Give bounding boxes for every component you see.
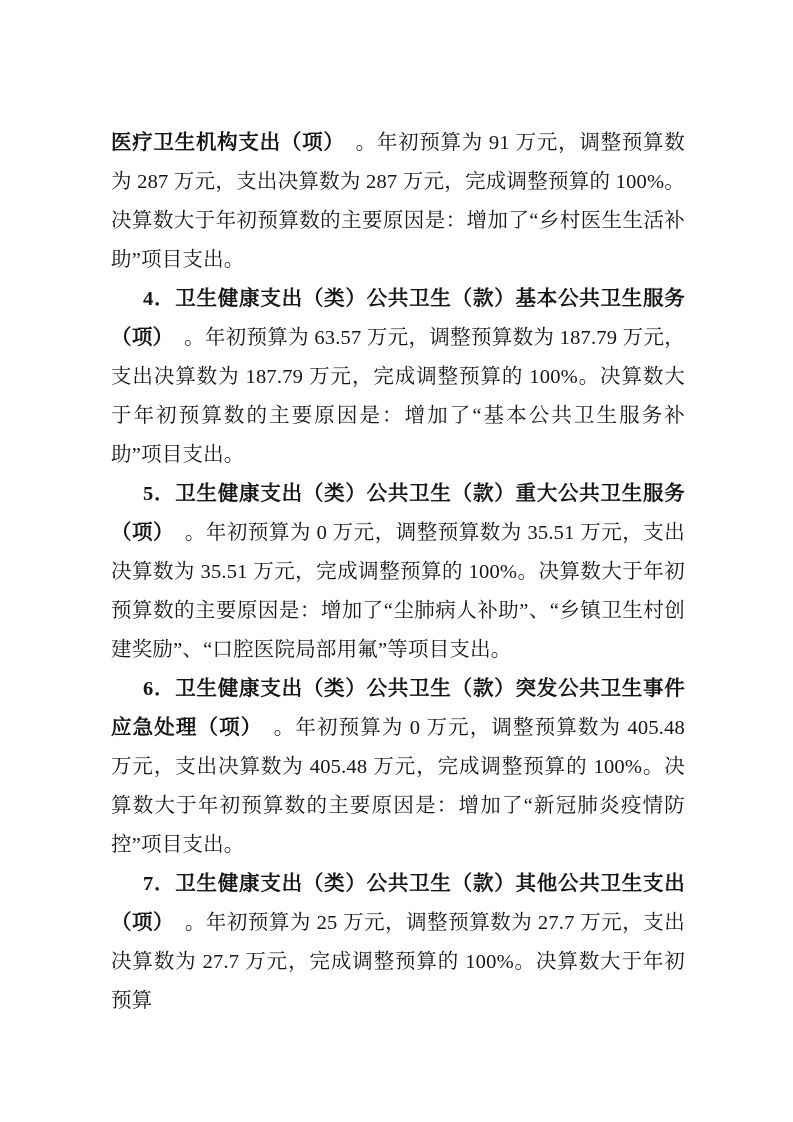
document-page: 医疗卫生机构支出（项） 。年初预算为 91 万元，调整预算数为 287 万元，支… (0, 0, 793, 1122)
paragraph-item-7-other-public-health: 7．卫生健康支出（类）公共卫生（款）其他公共卫生支出（项） 。年初预算为 25 … (111, 865, 685, 1021)
paragraph-item-6-emergency-response: 6．卫生健康支出（类）公共卫生（款）突发公共卫生事件应急处理（项） 。年初预算为… (111, 670, 685, 865)
paragraph-item-5-major-public-health: 5．卫生健康支出（类）公共卫生（款）重大公共卫生服务（项） 。年初预算为 0 万… (111, 475, 685, 670)
paragraph-body-text: 。年初预算为 63.57 万元，调整预算数为 187.79 万元，支出决算数为 … (111, 327, 685, 466)
paragraph-body-text: 。年初预算为 0 万元，调整预算数为 35.51 万元，支出决算数为 35.51… (111, 522, 685, 661)
paragraph-body-text: 。年初预算为 25 万元，调整预算数为 27.7 万元，支出决算数为 27.7 … (111, 912, 685, 1012)
paragraph-continued-medical-institutions: 医疗卫生机构支出（项） 。年初预算为 91 万元，调整预算数为 287 万元，支… (111, 124, 685, 280)
paragraph-heading-bold: 医疗卫生机构支出（项） (111, 132, 334, 154)
paragraph-item-4-basic-public-health: 4．卫生健康支出（类）公共卫生（款）基本公共卫生服务（项） 。年初预算为 63.… (111, 280, 685, 475)
